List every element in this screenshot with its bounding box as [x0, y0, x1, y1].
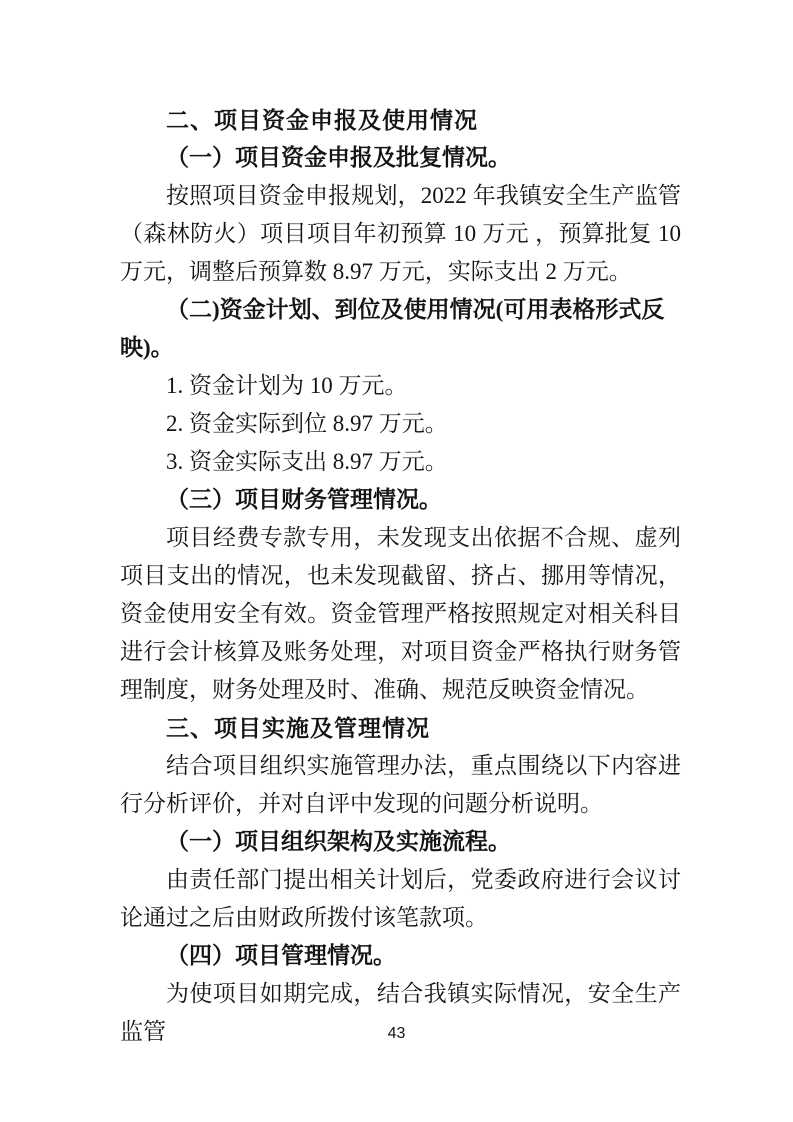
subheading-1-application-approval: （一）项目资金申报及批复情况。	[120, 139, 681, 177]
list-item-fund-received: 2. 资金实际到位 8.97 万元。	[120, 405, 681, 443]
heading-3-implementation: 三、项目实施及管理情况	[120, 709, 681, 747]
subheading-2-fund-plan-usage: （二)资金计划、到位及使用情况(可用表格形式反映)。	[120, 291, 681, 367]
subheading-3-financial-management: （三）项目财务管理情况。	[120, 481, 681, 519]
page-number: 43	[0, 1024, 793, 1044]
heading-2-project-funds: 二、项目资金申报及使用情况	[120, 101, 681, 139]
list-item-fund-spent: 3. 资金实际支出 8.97 万元。	[120, 443, 681, 481]
paragraph-financial-management: 项目经费专款专用，未发现支出依据不合规、虚列项目支出的情况，也未发现截留、挤占、…	[120, 519, 681, 709]
document-content: 二、项目资金申报及使用情况 （一）项目资金申报及批复情况。 按照项目资金申报规划…	[120, 101, 681, 1051]
paragraph-org-structure: 由责任部门提出相关计划后，党委政府进行会议讨论通过之后由财政所拨付该笔款项。	[120, 861, 681, 937]
paragraph-application-approval: 按照项目资金申报规划，2022 年我镇安全生产监管（森林防火）项目项目年初预算 …	[120, 177, 681, 291]
subheading-4-project-management: （四）项目管理情况。	[120, 937, 681, 975]
paragraph-implementation-intro: 结合项目组织实施管理办法，重点围绕以下内容进行分析评价，并对自评中发现的问题分析…	[120, 747, 681, 823]
subheading-1-org-structure: （一）项目组织架构及实施流程。	[120, 823, 681, 861]
list-item-fund-plan: 1. 资金计划为 10 万元。	[120, 367, 681, 405]
document-page: 二、项目资金申报及使用情况 （一）项目资金申报及批复情况。 按照项目资金申报规划…	[0, 0, 793, 1122]
